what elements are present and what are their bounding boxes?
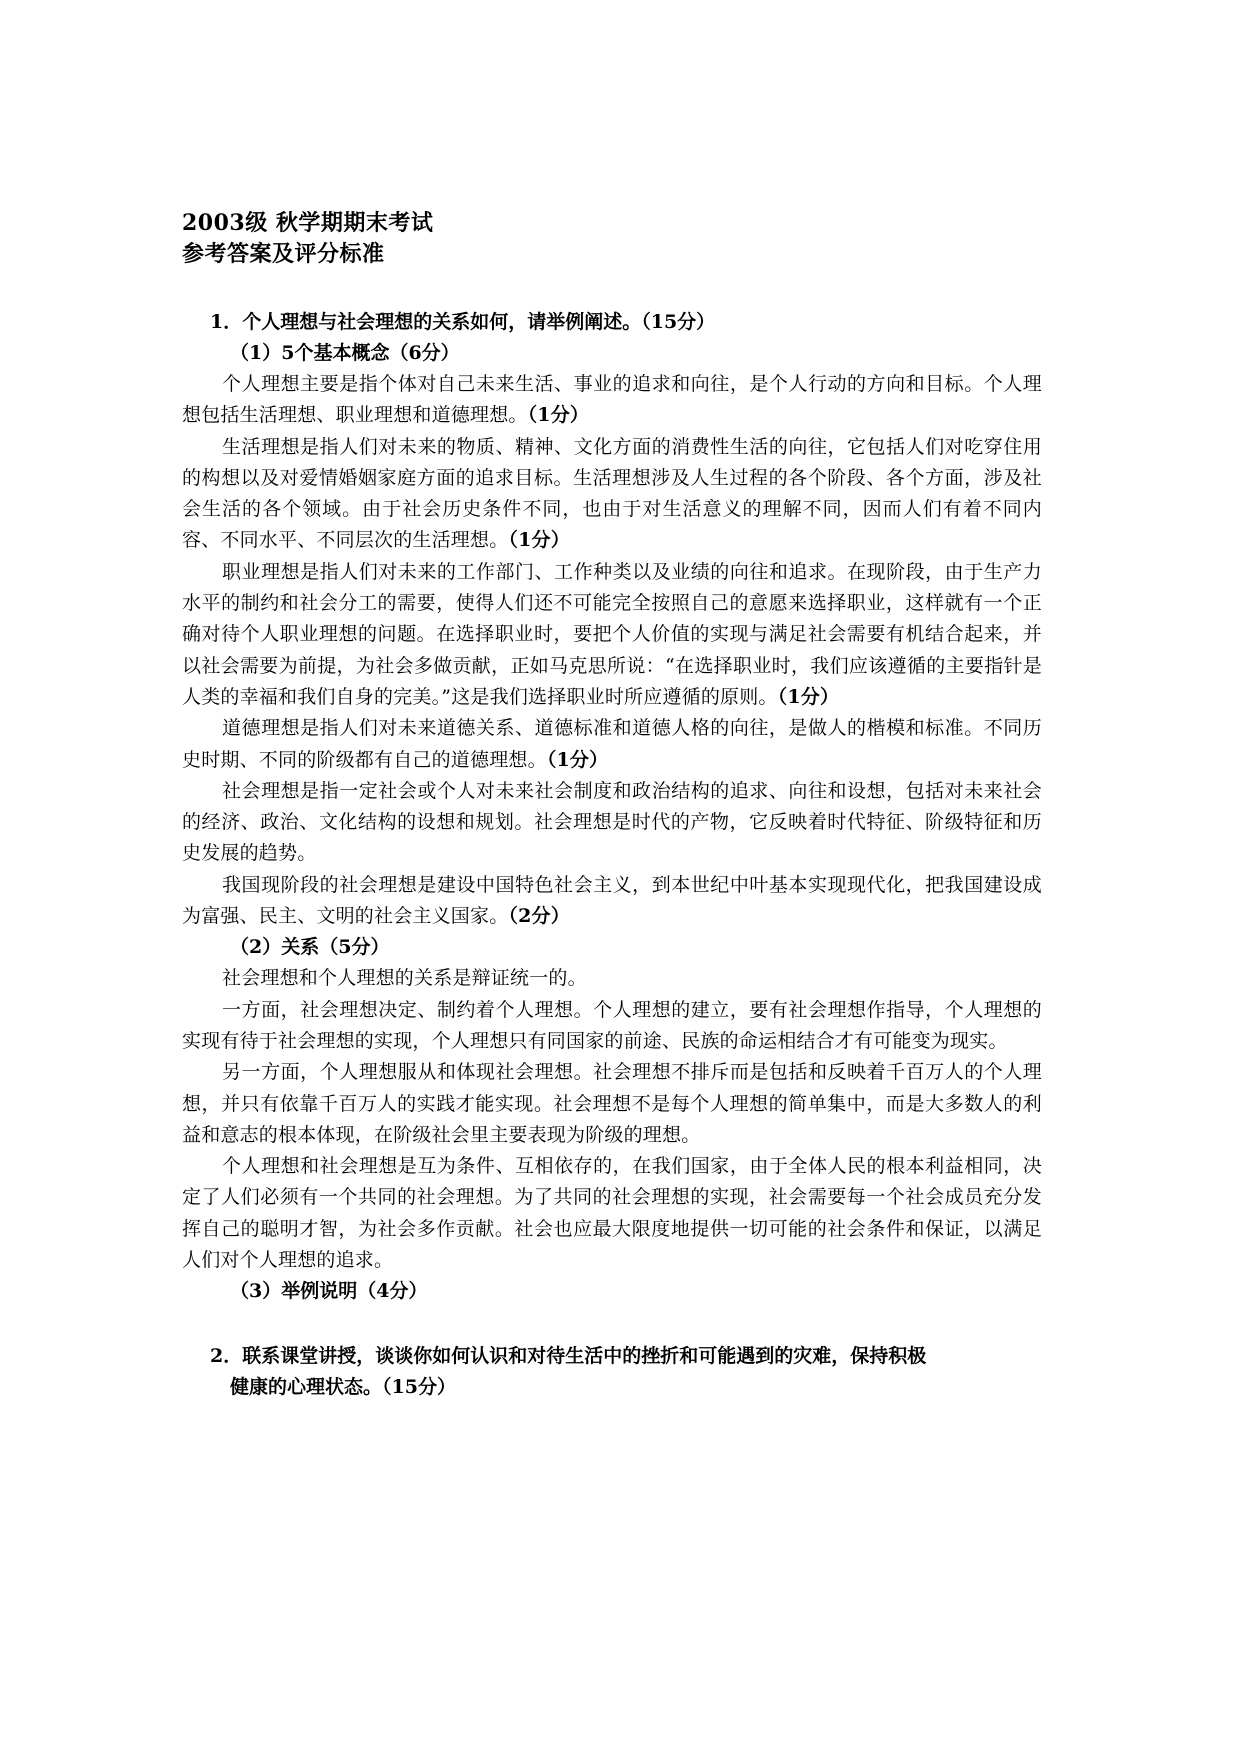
score-label: （1分） xyxy=(528,404,590,426)
section-2-heading: （2）关系（5分） xyxy=(182,932,1042,963)
paragraph: 道德理想是指人们对未来道德关系、道德标准和道德人格的向往，是做人的楷模和标准。不… xyxy=(182,713,1042,776)
exam-title: 2003级 秋学期期末考试 xyxy=(182,208,1042,239)
paragraph: 职业理想是指人们对未来的工作部门、工作种类以及业绩的向往和追求。在现阶段，由于生… xyxy=(182,557,1042,713)
section-1-heading: （1）5个基本概念（6分） xyxy=(182,338,1042,369)
section-3-heading: （3）举例说明（4分） xyxy=(182,1276,1042,1307)
paragraph: 一方面，社会理想决定、制约着个人理想。个人理想的建立，要有社会理想作指导，个人理… xyxy=(182,995,1042,1058)
paragraph: 生活理想是指人们对未来的物质、精神、文化方面的消费性生活的向往，它包括人们对吃穿… xyxy=(182,432,1042,557)
paragraph: 个人理想主要是指个体对自己未来生活、事业的追求和向往，是个人行动的方向和目标。个… xyxy=(182,369,1042,432)
paragraph: 个人理想和社会理想是互为条件、互相依存的，在我们国家，由于全体人民的根本利益相同… xyxy=(182,1151,1042,1276)
question-2-heading: 2．联系课堂讲授，谈谈你如何认识和对待生活中的挫折和可能遇到的灾难，保持积极 健… xyxy=(182,1341,1042,1403)
paragraph: 我国现阶段的社会理想是建设中国特色社会主义，到本世纪中叶基本实现现代化，把我国建… xyxy=(182,870,1042,933)
paragraph: 另一方面，个人理想服从和体现社会理想。社会理想不排斥而是包括和反映着千百万人的个… xyxy=(182,1057,1042,1151)
question-1-heading: 1．个人理想与社会理想的关系如何，请举例阐述。（15分） xyxy=(182,307,1042,338)
document-page: 2003级 秋学期期末考试 参考答案及评分标准 1．个人理想与社会理想的关系如何… xyxy=(182,208,1042,1403)
paragraph: 社会理想和个人理想的关系是辩证统一的。 xyxy=(182,963,1042,994)
score-label: （1分） xyxy=(547,749,609,771)
paragraph: 社会理想是指一定社会或个人对未来社会制度和政治结构的追求、向往和设想，包括对未来… xyxy=(182,776,1042,870)
score-label: （1分） xyxy=(778,686,840,708)
score-label: （2分） xyxy=(508,905,570,927)
exam-subtitle: 参考答案及评分标准 xyxy=(182,239,1042,270)
score-label: （1分） xyxy=(508,529,570,551)
